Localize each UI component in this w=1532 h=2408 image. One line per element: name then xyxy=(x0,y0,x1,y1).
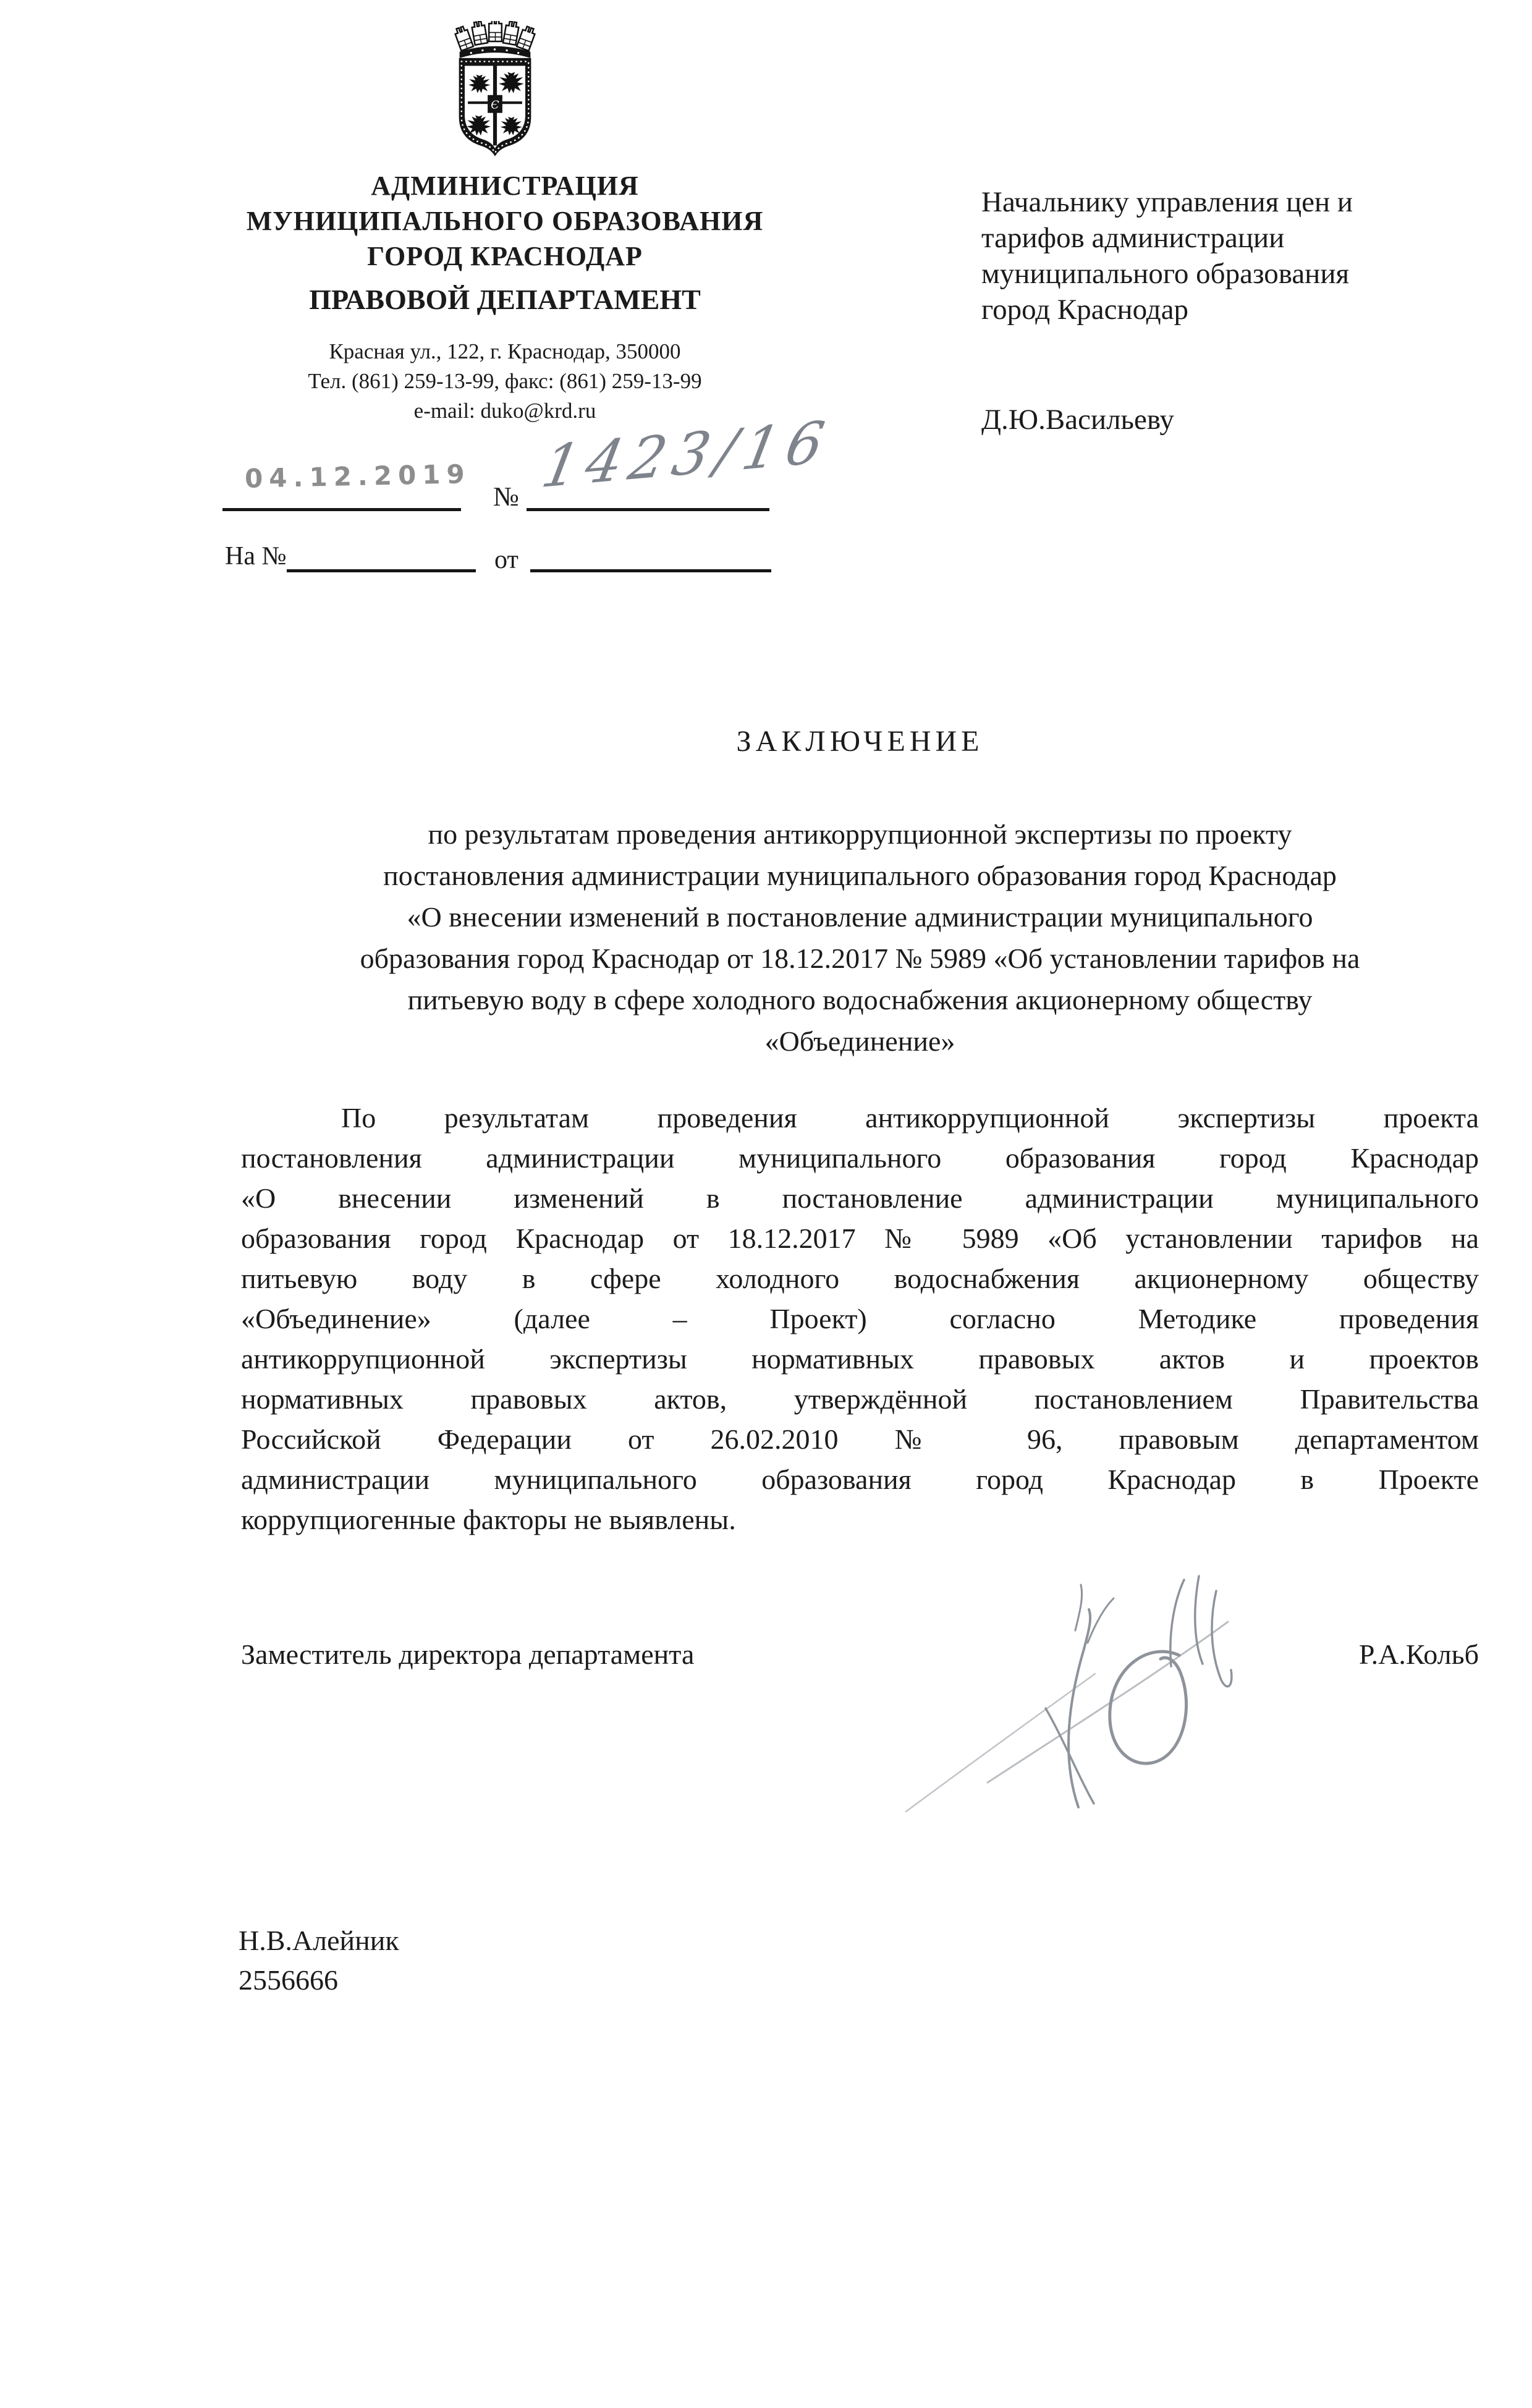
reply-from-label: от xyxy=(494,545,518,575)
body-line: образования город Краснодар от 18.12.201… xyxy=(241,1218,1479,1258)
org-name-line: МУНИЦИПАЛЬНОГО ОБРАЗОВАНИЯ xyxy=(221,203,789,239)
reply-to-number-label: На № xyxy=(225,541,287,571)
recipient-line: Начальнику управления цен и xyxy=(981,184,1494,220)
body-line: Российской Федерации от 26.02.2010 № 96,… xyxy=(241,1419,1479,1459)
krasnodar-coat-of-arms-icon: Є xyxy=(454,21,536,158)
reply-date-blank-line xyxy=(530,569,771,572)
body-line: антикоррупционной экспертизы нормативных… xyxy=(241,1339,1479,1379)
org-name-line: АДМИНИСТРАЦИЯ xyxy=(221,168,789,203)
subject-line: «Объединение» xyxy=(241,1020,1479,1062)
number-blank-line xyxy=(527,508,769,511)
date-blank-line xyxy=(222,508,461,511)
reply-number-blank-line xyxy=(287,569,476,572)
svg-text:Є: Є xyxy=(491,99,499,111)
executor-name: Н.В.Алейник xyxy=(239,1921,399,1961)
subject-line: питьевую воду в сфере холодного водоснаб… xyxy=(241,979,1479,1020)
scanned-letter-page: Є АДМИНИСТРАЦИЯ МУНИЦИПАЛЬНОГО ОБРАЗОВАН… xyxy=(0,0,1532,2408)
signer-position: Заместитель директора департамента xyxy=(241,1638,694,1671)
org-phone: Тел. (861) 259-13-99, факс: (861) 259-13… xyxy=(221,367,789,396)
recipient-line: тарифов администрации xyxy=(981,220,1494,256)
body-line: постановления администрации муниципально… xyxy=(241,1138,1479,1178)
body-line: нормативных правовых актов, утверждённой… xyxy=(241,1379,1479,1419)
body-line: «Объединение» (далее – Проект) согласно … xyxy=(241,1299,1479,1339)
numero-sign: № xyxy=(493,481,519,512)
department-name: ПРАВОВОЙ ДЕПАРТАМЕНТ xyxy=(221,281,789,318)
body-line: администрации муниципального образования… xyxy=(241,1459,1479,1499)
subject-line: образования город Краснодар от 18.12.201… xyxy=(241,938,1479,979)
handwritten-signature xyxy=(890,1555,1248,1827)
recipient-name: Д.Ю.Васильеву xyxy=(981,402,1494,438)
letterhead: АДМИНИСТРАЦИЯ МУНИЦИПАЛЬНОГО ОБРАЗОВАНИЯ… xyxy=(221,168,789,426)
subject-line: постановления администрации муниципально… xyxy=(241,855,1479,896)
org-address: Красная ул., 122, г. Краснодар, 350000 xyxy=(221,337,789,367)
executor-block: Н.В.Алейник 2556666 xyxy=(239,1921,399,2000)
recipient-block: Начальнику управления цен и тарифов адми… xyxy=(981,184,1494,438)
subject-line: по результатам проведения антикоррупцион… xyxy=(241,813,1479,855)
subject-block: по результатам проведения антикоррупцион… xyxy=(241,813,1479,1062)
body-paragraph: По результатам проведения антикоррупцион… xyxy=(241,1098,1479,1540)
recipient-line: город Краснодар xyxy=(981,292,1494,328)
recipient-line: муниципального образования xyxy=(981,256,1494,292)
signer-name: Р.А.Кольб xyxy=(1359,1638,1479,1671)
executor-phone: 2556666 xyxy=(239,1961,399,2000)
subject-line: «О внесении изменений в постановление ад… xyxy=(241,896,1479,938)
date-stamp: 04.12.2019 xyxy=(245,459,472,494)
org-name-line: ГОРОД КРАСНОДАР xyxy=(221,239,789,274)
body-line: По результатам проведения антикоррупцион… xyxy=(241,1098,1479,1138)
body-line: коррупциогенные факторы не выявлены. xyxy=(241,1499,1479,1540)
body-line: «О внесении изменений в постановление ад… xyxy=(241,1178,1479,1218)
document-title: ЗАКЛЮЧЕНИЕ xyxy=(241,724,1479,758)
body-line: питьевую воду в сфере холодного водоснаб… xyxy=(241,1258,1479,1299)
